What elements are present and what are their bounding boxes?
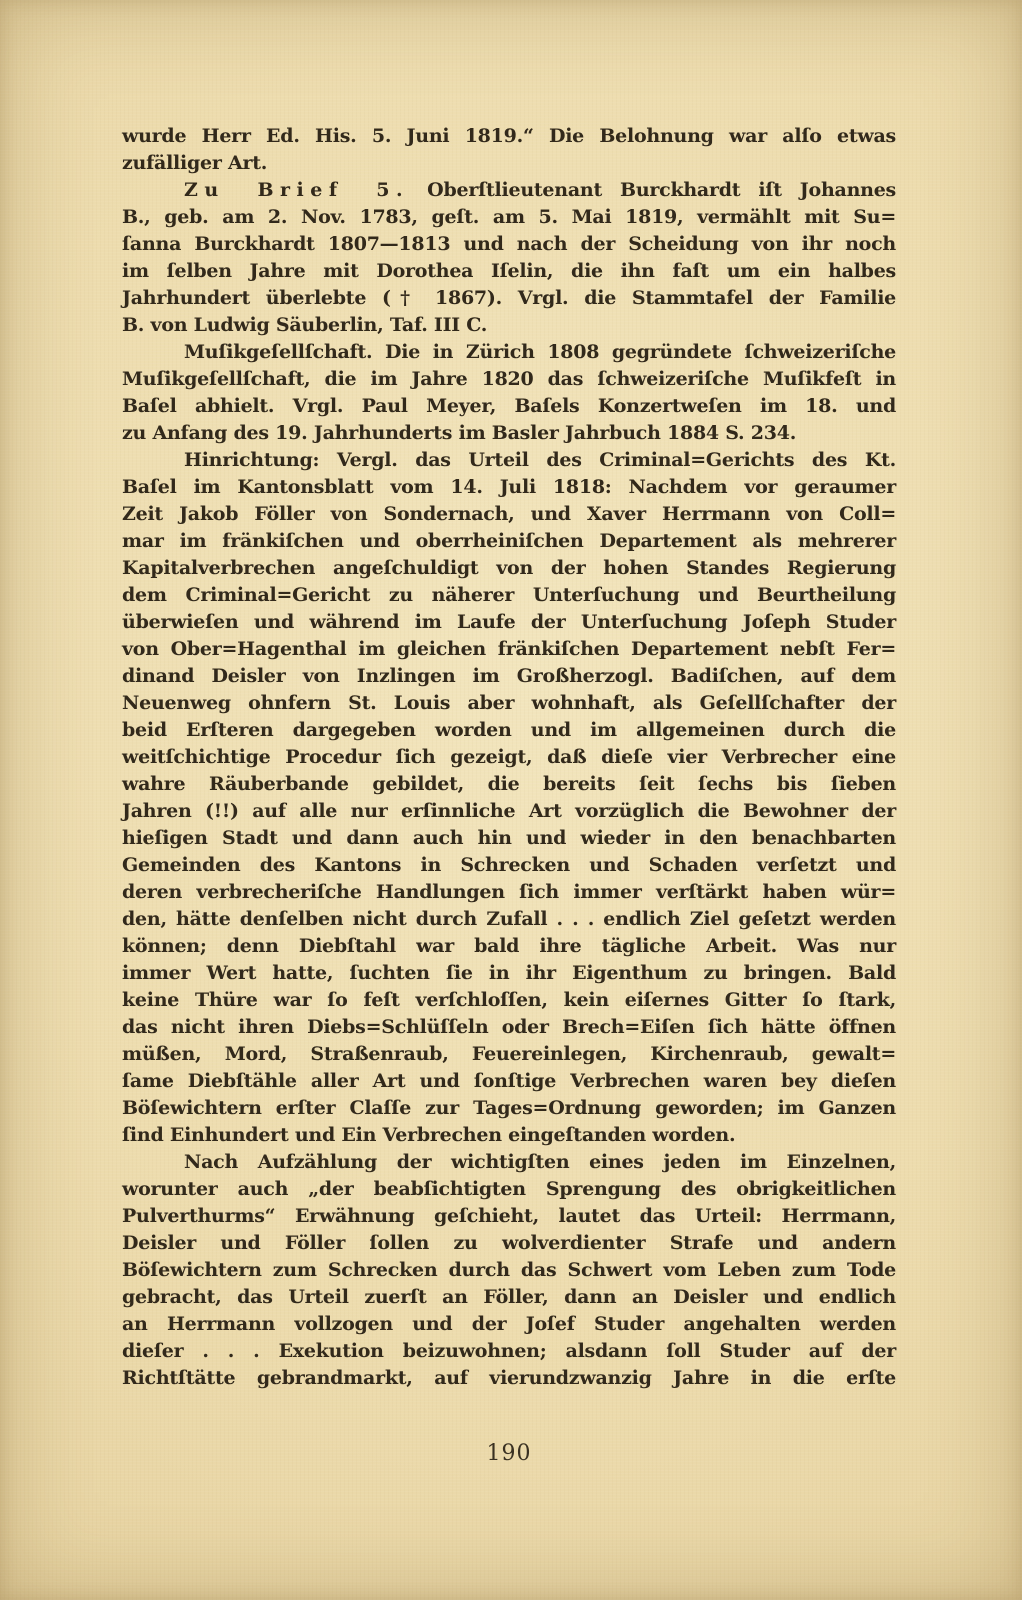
paragraph: wurde Herr Ed. His. 5. Juni 1819.“ Die B…: [122, 123, 896, 177]
text-line: Nach Aufzählung der wichtigſten eines je…: [122, 1149, 896, 1176]
text-line: ſind Einhundert und Ein Verbrechen einge…: [122, 1122, 896, 1149]
text-line: zufälliger Art.: [122, 150, 896, 177]
text-line: B., geb. am 2. Nov. 1783, geſt. am 5. Ma…: [122, 204, 896, 231]
paragraph: Muſikgeſellſchaft. Die in Zürich 1808 ge…: [122, 339, 896, 447]
text-line: Richtſtätte gebrandmarkt, auf vierundzwa…: [122, 1365, 896, 1392]
text-line: Böſewichtern erſter Claſſe zur Tages=Ord…: [122, 1095, 896, 1122]
text-line: Neuenweg ohnfern St. Louis aber wohnhaft…: [122, 690, 896, 717]
text-line: ſame Diebſtähle aller Art und ſonſtige V…: [122, 1068, 896, 1095]
text-line: von Ober=Hagenthal im gleichen fränkiſch…: [122, 636, 896, 663]
text-line: beid Erſteren dargegeben worden und im a…: [122, 717, 896, 744]
text-line: Jahrhundert überlebte († 1867). Vrgl. di…: [122, 285, 896, 312]
text-line: keine Thüre war ſo feſt verſchloſſen, ke…: [122, 987, 896, 1014]
text-line: Muſikgeſellſchaft. Die in Zürich 1808 ge…: [122, 339, 896, 366]
text-line: hieſigen Stadt und dann auch hin und wie…: [122, 825, 896, 852]
text-line: können; denn Diebſtahl war bald ihre täg…: [122, 933, 896, 960]
text-line: wahre Räuberbande gebildet, die bereits …: [122, 771, 896, 798]
text-line: dem Criminal=Gericht zu näherer Unterſuc…: [122, 582, 896, 609]
text-line: Zu Brief 5. Oberſtlieutenant Burckhardt …: [122, 177, 896, 204]
text-line: überwieſen und während im Laufe der Unte…: [122, 609, 896, 636]
paragraph: Hinrichtung: Vergl. das Urteil des Crimi…: [122, 447, 896, 1149]
text-line: ſanna Burckhardt 1807—1813 und nach der …: [122, 231, 896, 258]
text-line: wurde Herr Ed. His. 5. Juni 1819.“ Die B…: [122, 123, 896, 150]
spaced-lead: Zu Brief 5.: [184, 179, 409, 201]
scanned-book-page: wurde Herr Ed. His. 5. Juni 1819.“ Die B…: [0, 0, 1022, 1600]
text-line: Deisler und Föller ſollen zu wolverdient…: [122, 1230, 896, 1257]
text-line: dinand Deisler von Inzlingen im Großherz…: [122, 663, 896, 690]
page-number: 190: [122, 1441, 896, 1466]
text-line: Zeit Jakob Föller von Sondernach, und Xa…: [122, 501, 896, 528]
text-line: Kapitalverbrechen angeſchuldigt von der …: [122, 555, 896, 582]
text-line: Jahren (!!) auf alle nur erſinnliche Art…: [122, 798, 896, 825]
paragraph: Zu Brief 5. Oberſtlieutenant Burckhardt …: [122, 177, 896, 339]
text-line: im ſelben Jahre mit Dorothea Iſelin, die…: [122, 258, 896, 285]
text-line: gebracht, das Urteil zuerſt an Föller, d…: [122, 1284, 896, 1311]
text-line: den, hätte denſelben nicht durch Zufall …: [122, 906, 896, 933]
text-line: Böſewichtern zum Schrecken durch das Sch…: [122, 1257, 896, 1284]
text-line: zu Anfang des 19. Jahrhunderts im Basler…: [122, 420, 896, 447]
text-line: mar im fränkiſchen und oberrheiniſchen D…: [122, 528, 896, 555]
text-line: Pulverthurms“ Erwähnung geſchieht, laute…: [122, 1203, 896, 1230]
text-line: dieſer . . . Exekution beizuwohnen; alsd…: [122, 1338, 896, 1365]
text-line: Baſel abhielt. Vrgl. Paul Meyer, Baſels …: [122, 393, 896, 420]
text-line: Baſel im Kantonsblatt vom 14. Juli 1818:…: [122, 474, 896, 501]
text-line: Muſikgeſellſchaft, die im Jahre 1820 das…: [122, 366, 896, 393]
text-line: Gemeinden des Kantons in Schrecken und S…: [122, 852, 896, 879]
paragraph: Nach Aufzählung der wichtigſten eines je…: [122, 1149, 896, 1392]
text-line: immer Wert hatte, ſuchten ſie in ihr Eig…: [122, 960, 896, 987]
text-line: müßen, Mord, Straßenraub, Feuereinlegen,…: [122, 1041, 896, 1068]
text-line: an Herrmann vollzogen und der Joſef Stud…: [122, 1311, 896, 1338]
text-line: worunter auch „der beabſichtigten Spreng…: [122, 1176, 896, 1203]
text-block: wurde Herr Ed. His. 5. Juni 1819.“ Die B…: [122, 123, 896, 1392]
text-line: weitſchichtige Procedur ſich gezeigt, da…: [122, 744, 896, 771]
text-line: Hinrichtung: Vergl. das Urteil des Crimi…: [122, 447, 896, 474]
text-line: B. von Ludwig Säuberlin, Taf. III C.: [122, 312, 896, 339]
text-line: das nicht ihren Diebs=Schlüſſeln oder Br…: [122, 1014, 896, 1041]
text-line: deren verbrecheriſche Handlungen ſich im…: [122, 879, 896, 906]
